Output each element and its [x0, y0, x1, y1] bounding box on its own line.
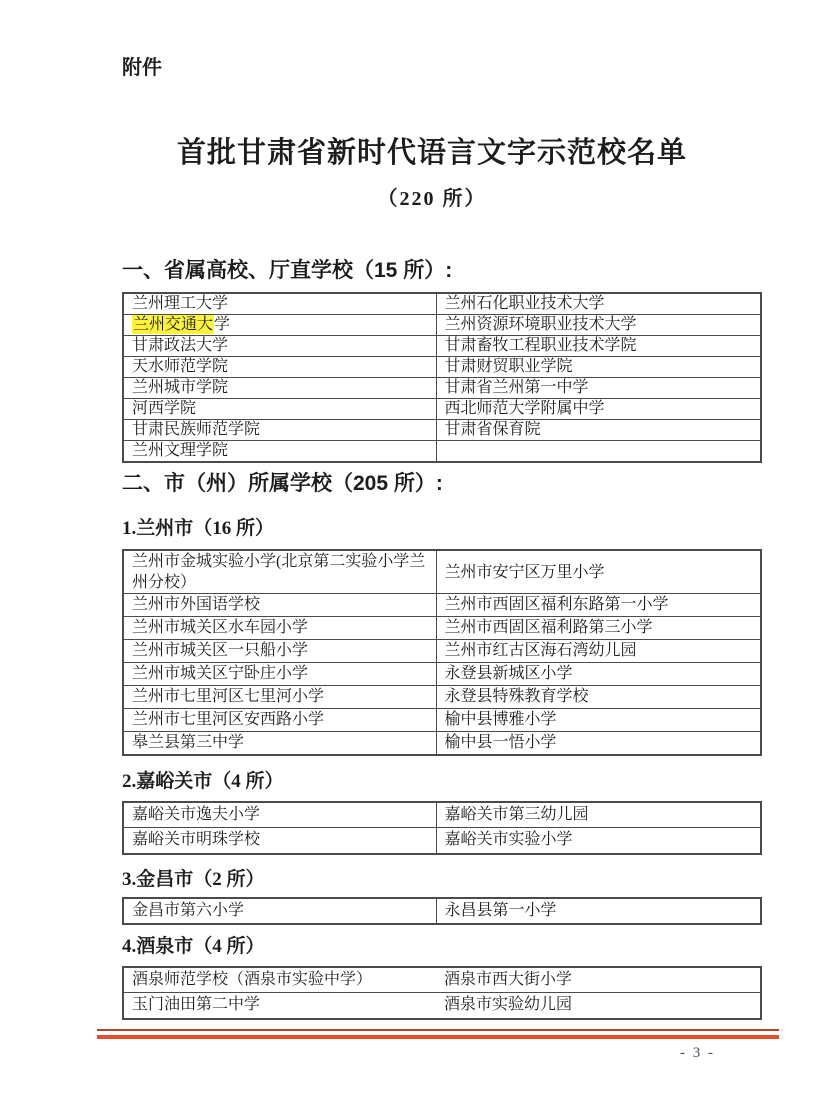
school-cell: 甘肃省兰州第一中学: [436, 378, 761, 399]
school-cell: 河西学院: [123, 399, 436, 420]
table-row: 天水师范学院 甘肃财贸职业学院: [123, 357, 761, 378]
attachment-label: 附件: [122, 55, 762, 81]
school-cell: 兰州市红古区海石湾幼儿园: [436, 640, 761, 663]
school-cell: 西北师范大学附属中学: [436, 399, 761, 420]
school-cell: 嘉峪关市明珠学校: [123, 828, 436, 854]
school-name-rest: 学: [214, 316, 230, 333]
city-heading-jinchang: 3.金昌市（2 所）: [122, 867, 762, 893]
table-row: 兰州文理学院: [123, 441, 761, 463]
page-subtitle: （220 所）: [102, 186, 762, 212]
city-heading-jiayuguan: 2.嘉峪关市（4 所）: [122, 769, 762, 795]
page-title: 首批甘肃省新时代语言文字示范校名单: [102, 136, 762, 170]
school-cell: 嘉峪关市第三幼儿园: [436, 802, 761, 828]
table-row: 河西学院 西北师范大学附属中学: [123, 399, 761, 420]
school-cell: 兰州市七里河区七里河小学: [123, 686, 436, 709]
school-cell: 兰州市城关区一只船小学: [123, 640, 436, 663]
table-row: 皋兰县第三中学 榆中县一悟小学: [123, 732, 761, 755]
school-cell: 兰州理工大学: [123, 293, 436, 315]
table-row: 兰州交通大学 兰州资源环境职业技术大学: [123, 315, 761, 336]
table-row: 兰州城市学院 甘肃省兰州第一中学: [123, 378, 761, 399]
school-cell: 兰州市外国语学校: [123, 594, 436, 617]
highlight-mark: 兰州交通大: [132, 315, 214, 334]
table-row: 兰州市城关区水车园小学 兰州市西固区福利路第三小学: [123, 617, 761, 640]
school-cell: 天水师范学院: [123, 357, 436, 378]
school-cell: 兰州市西固区福利路第三小学: [436, 617, 761, 640]
school-cell: 兰州市七里河区安西路小学: [123, 709, 436, 732]
school-cell: 兰州石化职业技术大学: [436, 293, 761, 315]
school-cell: 永昌县第一小学: [436, 898, 761, 924]
school-cell: 皋兰县第三中学: [123, 732, 436, 755]
school-cell: 兰州交通大学: [123, 315, 436, 336]
school-cell: 兰州市城关区宁卧庄小学: [123, 663, 436, 686]
jinchang-schools-table: 金昌市第六小学 永昌县第一小学: [122, 897, 762, 925]
school-cell: 永登县新城区小学: [436, 663, 761, 686]
table-row: 金昌市第六小学 永昌县第一小学: [123, 898, 761, 924]
page-number: - 3 -: [560, 1043, 715, 1063]
table-row: 兰州市城关区一只船小学 兰州市红古区海石湾幼儿园: [123, 640, 761, 663]
jiuquan-schools-table: 酒泉师范学校（酒泉市实验中学） 酒泉市西大街小学 玉门油田第二中学 酒泉市实验幼…: [122, 966, 762, 1020]
table-row: 甘肃政法大学 甘肃畜牧工程职业技术学院: [123, 336, 761, 357]
school-cell: 甘肃政法大学: [123, 336, 436, 357]
school-cell: 榆中县一悟小学: [436, 732, 761, 755]
table-row: 兰州市七里河区安西路小学 榆中县博雅小学: [123, 709, 761, 732]
school-cell: 兰州市西固区福利东路第一小学: [436, 594, 761, 617]
school-cell: 玉门油田第二中学: [123, 993, 436, 1019]
table-row: 嘉峪关市逸夫小学 嘉峪关市第三幼儿园: [123, 802, 761, 828]
footer-rule-thick: [97, 1035, 779, 1039]
school-cell: 嘉峪关市实验小学: [436, 828, 761, 854]
school-cell: 兰州市安宁区万里小学: [436, 550, 761, 594]
table-row: 酒泉师范学校（酒泉市实验中学） 酒泉市西大街小学: [123, 967, 761, 993]
school-cell: 甘肃畜牧工程职业技术学院: [436, 336, 761, 357]
school-cell: 甘肃省保育院: [436, 420, 761, 441]
section-heading-provincial: 一、省属高校、厅直学校（15 所）:: [122, 257, 762, 285]
school-cell: 兰州市金城实验小学(北京第二实验小学兰州分校）: [123, 550, 436, 594]
school-cell: 兰州市城关区水车园小学: [123, 617, 436, 640]
table-row: 甘肃民族师范学院 甘肃省保育院: [123, 420, 761, 441]
school-cell: 甘肃财贸职业学院: [436, 357, 761, 378]
page-content: 附件 首批甘肃省新时代语言文字示范校名单 （220 所） 一、省属高校、厅直学校…: [122, 0, 762, 1020]
school-cell: 兰州资源环境职业技术大学: [436, 315, 761, 336]
table-row: 兰州理工大学 兰州石化职业技术大学: [123, 293, 761, 315]
school-cell: 兰州城市学院: [123, 378, 436, 399]
lanzhou-schools-table: 兰州市金城实验小学(北京第二实验小学兰州分校） 兰州市安宁区万里小学 兰州市外国…: [122, 549, 762, 756]
school-cell: 嘉峪关市逸夫小学: [123, 802, 436, 828]
city-heading-lanzhou: 1.兰州市（16 所）: [122, 516, 762, 542]
document-page: 附件 首批甘肃省新时代语言文字示范校名单 （220 所） 一、省属高校、厅直学校…: [0, 0, 840, 1101]
school-cell: 永登县特殊教育学校: [436, 686, 761, 709]
school-cell-empty: [436, 441, 761, 463]
table-row: 兰州市城关区宁卧庄小学 永登县新城区小学: [123, 663, 761, 686]
school-cell: 榆中县博雅小学: [436, 709, 761, 732]
provincial-schools-table: 兰州理工大学 兰州石化职业技术大学 兰州交通大学 兰州资源环境职业技术大学 甘肃…: [122, 292, 762, 463]
school-cell: 兰州文理学院: [123, 441, 436, 463]
section-heading-municipal: 二、市（州）所属学校（205 所）:: [122, 470, 762, 498]
table-row: 兰州市七里河区七里河小学 永登县特殊教育学校: [123, 686, 761, 709]
table-row: 兰州市金城实验小学(北京第二实验小学兰州分校） 兰州市安宁区万里小学: [123, 550, 761, 594]
school-cell: 甘肃民族师范学院: [123, 420, 436, 441]
jiayuguan-schools-table: 嘉峪关市逸夫小学 嘉峪关市第三幼儿园 嘉峪关市明珠学校 嘉峪关市实验小学: [122, 801, 762, 855]
school-cell: 酒泉师范学校（酒泉市实验中学）: [123, 967, 436, 993]
school-cell: 酒泉市实验幼儿园: [436, 993, 761, 1019]
school-cell: 酒泉市西大街小学: [436, 967, 761, 993]
footer-rule-thin: [97, 1029, 779, 1031]
city-heading-jiuquan: 4.酒泉市（4 所）: [122, 934, 762, 960]
table-row: 嘉峪关市明珠学校 嘉峪关市实验小学: [123, 828, 761, 854]
table-row: 玉门油田第二中学 酒泉市实验幼儿园: [123, 993, 761, 1019]
school-cell: 金昌市第六小学: [123, 898, 436, 924]
table-row: 兰州市外国语学校 兰州市西固区福利东路第一小学: [123, 594, 761, 617]
